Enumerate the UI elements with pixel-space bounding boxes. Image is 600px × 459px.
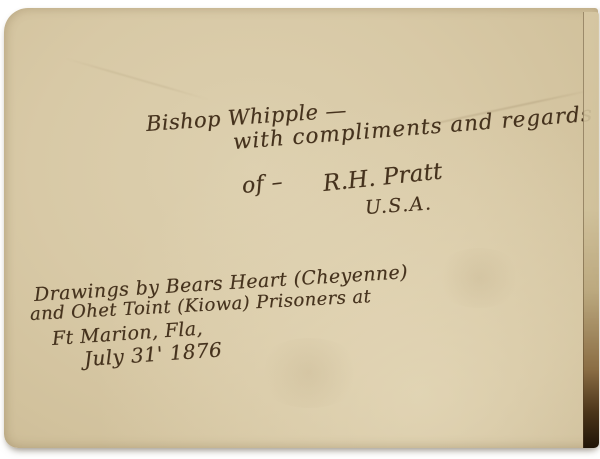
paper-stain <box>434 248 524 308</box>
dedication-of: of – <box>241 170 284 199</box>
photo-background: Bishop Whipple — with compliments and re… <box>0 0 600 459</box>
book-fore-edge <box>583 12 599 448</box>
paper-stain <box>254 338 364 408</box>
album-page: Bishop Whipple — with compliments and re… <box>4 8 598 448</box>
paper-crease <box>65 57 210 100</box>
signature: R.H. Pratt <box>322 159 444 197</box>
signature-usa: U.S.A. <box>364 192 433 219</box>
